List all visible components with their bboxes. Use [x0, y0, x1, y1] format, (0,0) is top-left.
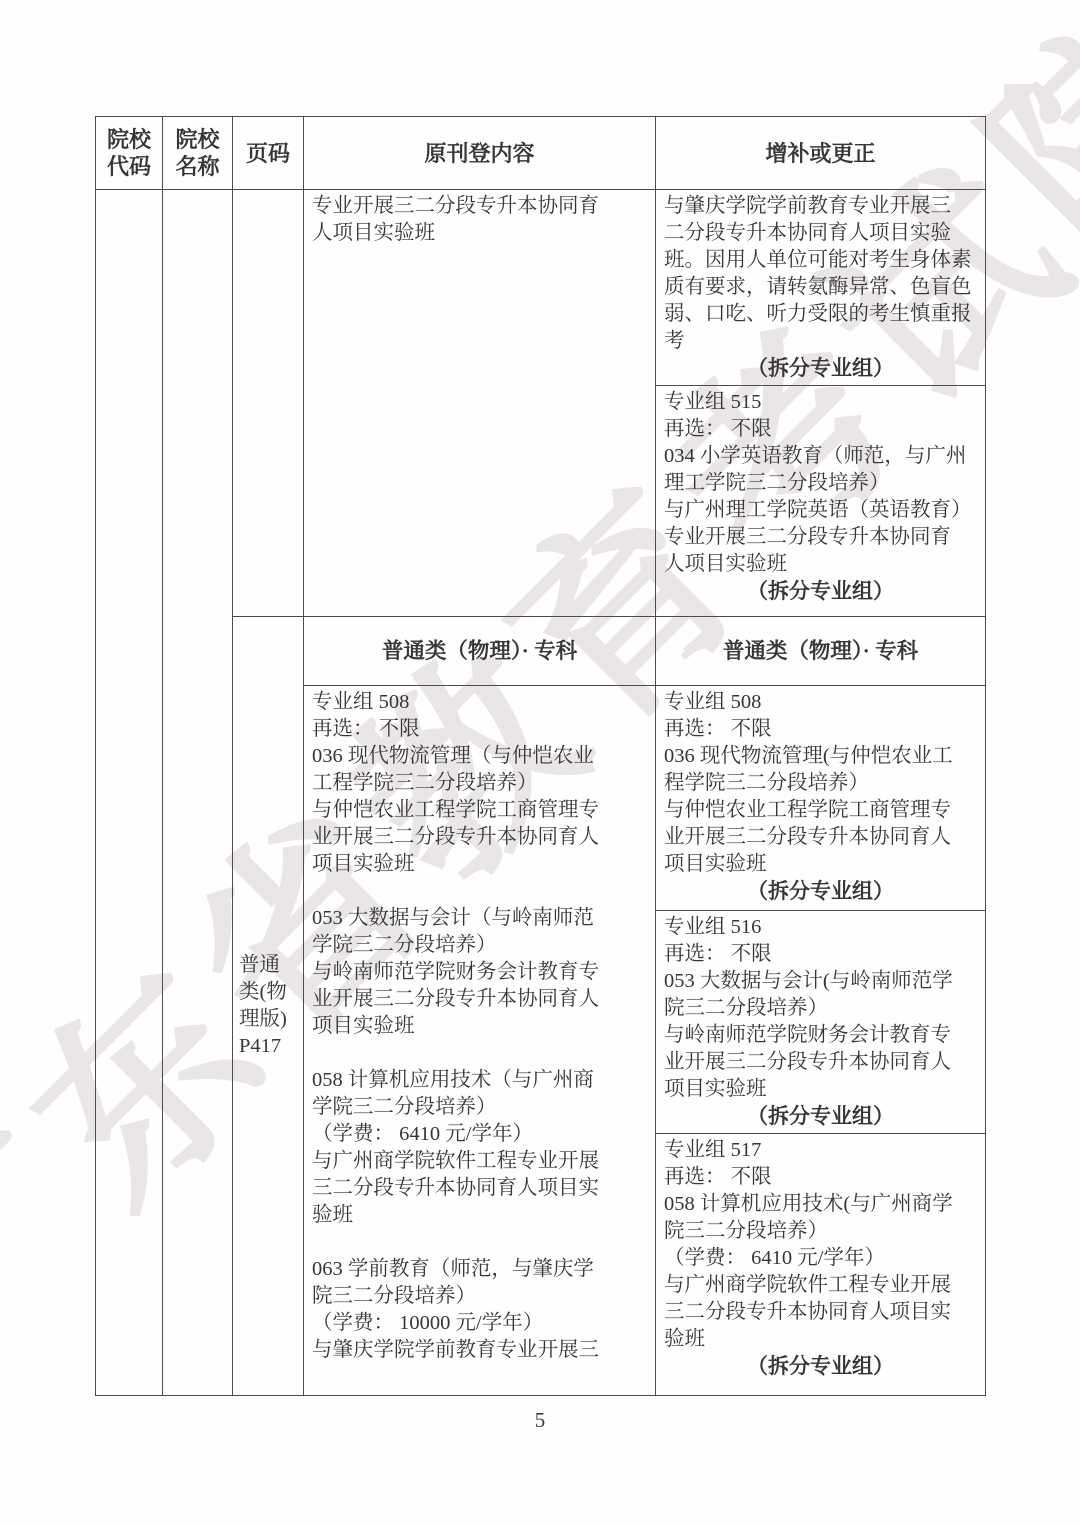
col-header-school-name: 院校 名称 — [163, 117, 233, 190]
correction-cell-c-text: 专业组 508 再选： 不限 036 现代物流管理(与仲恺农业工 程学院三二分段… — [664, 689, 977, 878]
school-code-cell — [96, 190, 163, 1396]
correction-cell-d-text: 专业组 516 再选： 不限 053 大数据与会计(与岭南师范学 院三二分段培养… — [664, 914, 977, 1103]
split-group-label: （拆分专业组） — [664, 578, 977, 605]
table-row: 专业开展三二分段专升本协同育 人项目实验班 与肇庆学院学前教育专业开展三 二分段… — [96, 190, 986, 386]
table-header-row: 院校 代码 院校 名称 页码 原刊登内容 增补或更正 — [96, 117, 986, 190]
col-header-school-code: 院校 代码 — [96, 117, 163, 190]
correction-cell-e-text: 专业组 517 再选： 不限 058 计算机应用技术(与广州商学 院三二分段培养… — [664, 1137, 977, 1353]
col-header-correction: 增补或更正 — [656, 117, 986, 190]
original-content-cell-2: 专业组 508 再选： 不限 036 现代物流管理（与仲恺农业 工程学院三二分段… — [304, 686, 656, 1396]
correction-cell-b-text: 专业组 515 再选： 不限 034 小学英语教育（师范，与广州 理工学院三二分… — [664, 389, 977, 578]
col-header-page-number: 页码 — [233, 117, 304, 190]
correction-cell-d: 专业组 516 再选： 不限 053 大数据与会计(与岭南师范学 院三二分段培养… — [656, 911, 986, 1134]
split-group-label: （拆分专业组） — [664, 1103, 977, 1130]
page-code-blank-cell — [233, 190, 304, 617]
original-content-cell-1: 专业开展三二分段专升本协同育 人项目实验班 — [304, 190, 656, 617]
original-section-header: 普通类（物理）· 专科 — [304, 617, 656, 686]
document-page: 广东省教育考试院 院校 代码 院校 名称 页码 原刊登内容 增补或更正 专业开展… — [0, 0, 1080, 1526]
correction-section-header: 普通类（物理）· 专科 — [656, 617, 986, 686]
correction-table: 院校 代码 院校 名称 页码 原刊登内容 增补或更正 专业开展三二分段专升本协同… — [95, 116, 986, 1396]
correction-cell-c: 专业组 508 再选： 不限 036 现代物流管理(与仲恺农业工 程学院三二分段… — [656, 686, 986, 911]
correction-cell-a: 与肇庆学院学前教育专业开展三 二分段专升本协同育人项目实验 班。因用人单位可能对… — [656, 190, 986, 386]
correction-cell-b: 专业组 515 再选： 不限 034 小学英语教育（师范，与广州 理工学院三二分… — [656, 386, 986, 617]
split-group-label: （拆分专业组） — [664, 1353, 977, 1380]
page-number: 5 — [0, 1408, 1080, 1433]
split-group-label: （拆分专业组） — [664, 355, 977, 382]
col-header-original-content: 原刊登内容 — [304, 117, 656, 190]
school-name-cell — [163, 190, 233, 1396]
split-group-label: （拆分专业组） — [664, 878, 977, 905]
page-code-cell: 普通 类(物 理版) P417 — [233, 617, 304, 1396]
correction-cell-a-text: 与肇庆学院学前教育专业开展三 二分段专升本协同育人项目实验 班。因用人单位可能对… — [664, 193, 977, 355]
correction-cell-e: 专业组 517 再选： 不限 058 计算机应用技术(与广州商学 院三二分段培养… — [656, 1134, 986, 1396]
